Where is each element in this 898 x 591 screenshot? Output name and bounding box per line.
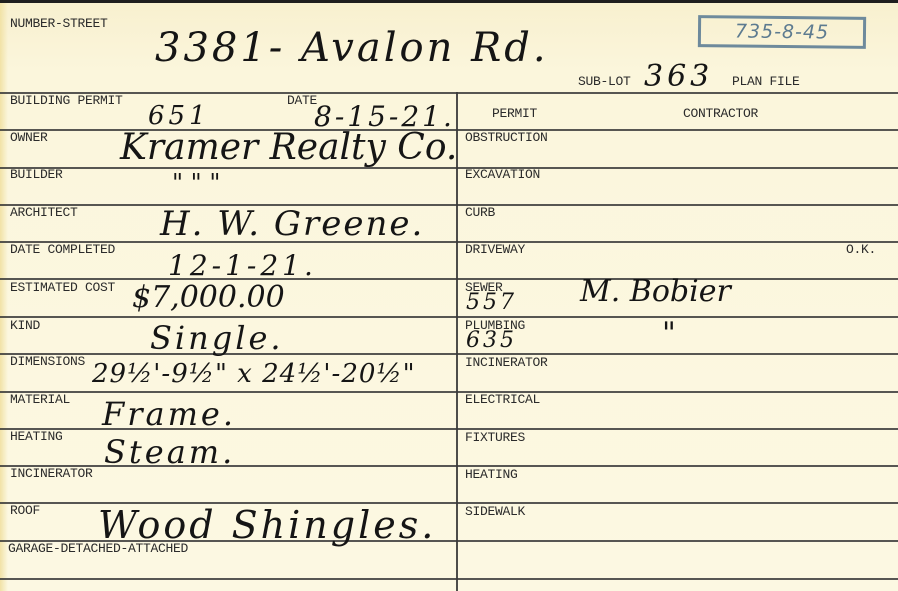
permit-row-label: OBSTRUCTION <box>465 130 548 145</box>
contractor-header: CONTRACTOR <box>683 106 758 121</box>
owner-label: OWNER <box>10 130 48 145</box>
heating-label: HEATING <box>10 429 63 444</box>
rule-line <box>0 391 898 393</box>
material-value: Frame. <box>102 395 236 433</box>
file-stamp: 735-8-45 <box>698 15 866 49</box>
rule-line <box>0 578 898 580</box>
permit-row-number: 557 <box>466 290 517 315</box>
estimated-cost-value: $7,000.00 <box>132 280 285 315</box>
architect-label: ARCHITECT <box>10 205 78 220</box>
material-label: MATERIAL <box>10 392 70 407</box>
owner-value: Kramer Realty Co. <box>120 127 457 168</box>
garage-label: GARAGE-DETACHED-ATTACHED <box>8 541 188 556</box>
heating-value: Steam. <box>104 433 235 471</box>
permit-row-label: INCINERATOR <box>465 355 548 370</box>
dimensions-label: DIMENSIONS <box>10 354 85 369</box>
permit-row-label: SIDEWALK <box>465 504 525 519</box>
rule-line <box>0 241 898 243</box>
permit-row-number: 635 <box>466 328 517 353</box>
permit-header: PERMIT <box>492 106 537 121</box>
rule-line <box>0 353 898 355</box>
permit-row-label: ELECTRICAL <box>465 392 540 407</box>
plan-file-label: PLAN FILE <box>732 74 800 89</box>
rule-line <box>0 92 898 94</box>
number-street-value: 3381- Avalon Rd. <box>155 25 549 71</box>
builder-value: " " " <box>172 169 220 197</box>
date-label: DATE <box>287 93 317 108</box>
dimensions-value: 29½'-9½" x 24½'-20½" <box>92 359 416 389</box>
architect-value: H. W. Greene. <box>160 204 424 244</box>
builder-label: BUILDER <box>10 167 63 182</box>
sub-lot-value: 363 <box>644 59 713 94</box>
number-street-label: NUMBER-STREET <box>10 16 108 31</box>
incinerator-label: INCINERATOR <box>10 466 93 481</box>
kind-label: KIND <box>10 318 40 333</box>
building-permit-card: NUMBER-STREET 3381- Avalon Rd. 735-8-45 … <box>0 0 898 591</box>
date-completed-label: DATE COMPLETED <box>10 242 115 257</box>
date-completed-value: 12-1-21. <box>168 249 317 282</box>
sub-lot-label: SUB-LOT <box>578 74 631 89</box>
permit-row-label: CURB <box>465 205 495 220</box>
rule-line <box>0 204 898 206</box>
kind-value: Single. <box>150 319 284 357</box>
permit-row-label: DRIVEWAY <box>465 242 525 257</box>
permit-row-contractor: M. Bobier <box>580 274 731 309</box>
roof-label: ROOF <box>10 503 40 518</box>
permit-row-note: O.K. <box>846 242 876 257</box>
permit-row-label: FIXTURES <box>465 430 525 445</box>
rule-line <box>0 316 898 318</box>
permit-row-contractor: " <box>662 316 676 351</box>
permit-row-label: EXCAVATION <box>465 167 540 182</box>
building-permit-label: BUILDING PERMIT <box>10 93 123 108</box>
permit-row-label: HEATING <box>465 467 518 482</box>
estimated-cost-label: ESTIMATED COST <box>10 280 115 295</box>
